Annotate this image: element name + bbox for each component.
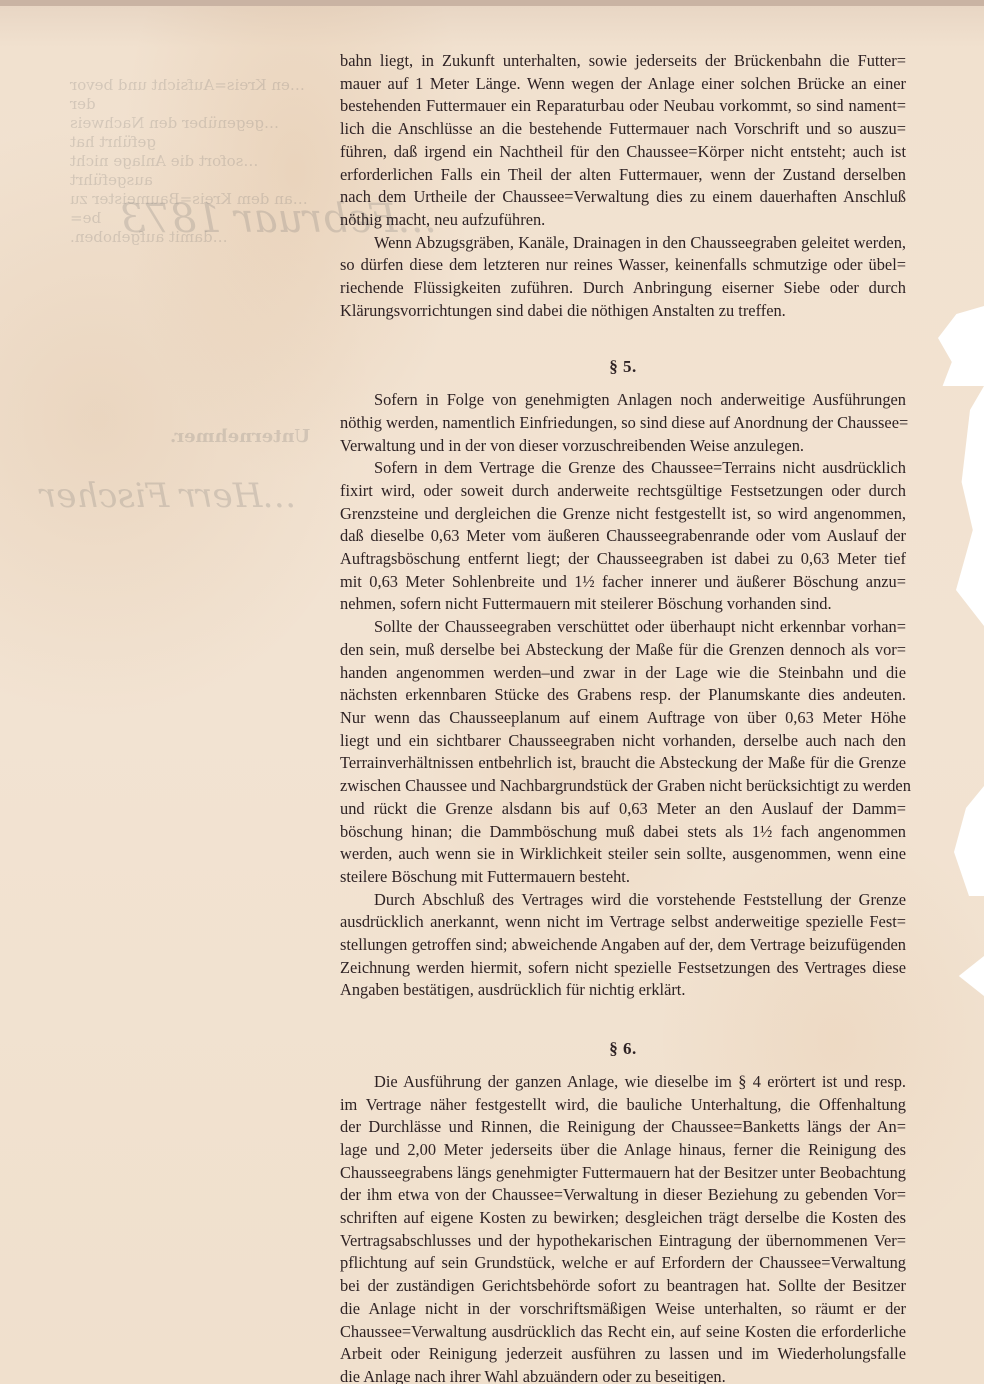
- paragraph-continuation: bahn liegt, in Zukunft unterhalten, sowi…: [340, 50, 906, 232]
- bleed-through-handwriting: …Herr Fischer: [40, 476, 296, 516]
- text-line: im Vertrage näher festgestellt wird, die…: [340, 1094, 906, 1117]
- text-line: daß dieselbe 0,63 Meter vom äußeren Chau…: [340, 525, 906, 548]
- section-heading-6: § 6.: [340, 1038, 906, 1061]
- torn-edge: [954, 786, 984, 896]
- document-body: bahn liegt, in Zukunft unterhalten, sowi…: [340, 50, 906, 1384]
- text-line: führen, daß irgend ein Nachtheil für den…: [340, 141, 906, 164]
- bleed-through-label: Unternehmer.: [170, 426, 310, 447]
- torn-edge: [938, 306, 984, 386]
- text-line: Klärungsvorrichtungen sind dabei die nöt…: [340, 300, 906, 323]
- text-line: nöthig werden, namentlich Einfriedungen,…: [340, 412, 906, 435]
- text-line: Terrainverhältnissen entbehrlich ist, br…: [340, 752, 906, 775]
- paragraph-5-3: Sollte der Chausseegraben verschüttet od…: [340, 616, 906, 888]
- text-line: Sofern in dem Vertrage die Grenze des Ch…: [340, 457, 906, 480]
- text-line: Nur wenn das Chausseeplanum auf einem Au…: [340, 707, 906, 730]
- text-line: mauer auf 1 Meter Länge. Wenn wegen der …: [340, 73, 906, 96]
- paragraph-drainage: Wenn Abzugsgräben, Kanäle, Drainagen in …: [340, 232, 906, 323]
- text-line: Zeichnung werden hiermit, sofern nicht s…: [340, 957, 906, 980]
- text-line: nächsten erkennbaren Stücke des Grabens …: [340, 684, 906, 707]
- text-line: Arbeit oder Reinigung jederzeit ausführe…: [340, 1343, 906, 1366]
- text-line: liegt und ein sichtbarer Chausseegraben …: [340, 730, 906, 753]
- text-line: Durch Abschluß des Vertrages wird die vo…: [340, 889, 906, 912]
- text-line: steilere Böschung mit Futtermauern beste…: [340, 866, 906, 889]
- text-line: pflichtung auf sein Grundstück, welche e…: [340, 1252, 906, 1275]
- text-line: erforderlichen Falls ein Theil der alten…: [340, 164, 906, 187]
- text-line: nöthig macht, neu aufzuführen.: [340, 209, 906, 232]
- text-line: Chaussee=Verwaltung ausdrücklich das Rec…: [340, 1321, 906, 1344]
- text-line: Vertragsabschlusses und der hypothekaris…: [340, 1230, 906, 1253]
- text-line: Sollte der Chausseegraben verschüttet od…: [340, 616, 906, 639]
- text-line: Die Ausführung der ganzen Anlage, wie di…: [340, 1071, 906, 1094]
- text-line: werden, auch wenn sie in Wirklichkeit st…: [340, 843, 906, 866]
- text-line: Verwaltung und in der von dieser vorzusc…: [340, 435, 906, 458]
- torn-edge: [948, 956, 984, 996]
- text-line: den sein, muß derselbe bei Absteckung de…: [340, 639, 906, 662]
- text-line: lich die Anschlüsse an die bestehende Fu…: [340, 118, 906, 141]
- text-line: nehmen, sofern nicht Futtermauern mit st…: [340, 593, 906, 616]
- text-line: böschung hinan; die Dammböschung muß dab…: [340, 821, 906, 844]
- text-line: nach dem Urtheile der Chaussee=Verwaltun…: [340, 186, 906, 209]
- paragraph-6-1: Die Ausführung der ganzen Anlage, wie di…: [340, 1071, 906, 1384]
- document-page: …en Kreis=Aufsicht und bevor der …gegenü…: [0, 0, 984, 1384]
- text-line: riechende Flüssigkeiten zuführen. Durch …: [340, 277, 906, 300]
- text-line: und rückt die Grenze alsdann bis auf 0,6…: [340, 798, 906, 821]
- paragraph-5-1: Sofern in Folge von genehmigten Anlagen …: [340, 389, 906, 457]
- text-line: fixirt wird, oder soweit durch anderweit…: [340, 480, 906, 503]
- text-line: der Durchlässe und Rinnen, die Reinigung…: [340, 1116, 906, 1139]
- text-line: bestehenden Futtermauer ein Reparaturbau…: [340, 95, 906, 118]
- paragraph-5-2: Sofern in dem Vertrage die Grenze des Ch…: [340, 457, 906, 616]
- text-line: stellungen getroffen sind; abweichende A…: [340, 934, 906, 957]
- text-line: schriften auf eigene Kosten zu bewirken;…: [340, 1207, 906, 1230]
- text-line: bei der zuständigen Gerichtsbehörde sofo…: [340, 1275, 906, 1298]
- torn-edge: [956, 386, 984, 626]
- paragraph-5-4: Durch Abschluß des Vertrages wird die vo…: [340, 889, 906, 1003]
- section-heading-5: § 5.: [340, 356, 906, 379]
- text-line: Wenn Abzugsgräben, Kanäle, Drainagen in …: [340, 232, 906, 255]
- text-line: Chausseegrabens längs genehmigter Futter…: [340, 1162, 906, 1185]
- text-line: Auftragsböschung entfernt liegt; der Cha…: [340, 548, 906, 571]
- text-line: ausdrücklich anerkannt, wenn nicht im Ve…: [340, 911, 906, 934]
- text-line: die Anlage nicht in der vorschriftsmäßig…: [340, 1298, 906, 1321]
- text-line: Angaben bestätigen, ausdrücklich für nic…: [340, 979, 906, 1002]
- text-line: handen angenommen werden–und zwar in der…: [340, 662, 906, 685]
- text-line: die Anlage nach ihrer Wahl abzuändern od…: [340, 1366, 906, 1384]
- text-line: Sofern in Folge von genehmigten Anlagen …: [340, 389, 906, 412]
- text-line: Grenzsteine und dergleichen die Grenze n…: [340, 503, 906, 526]
- text-line: der ihm etwa von der Chaussee=Verwaltung…: [340, 1184, 906, 1207]
- text-line: zwischen Chaussee und Nachbargrundstück …: [340, 775, 906, 798]
- text-line: so dürfen diese dem letzteren nur reines…: [340, 254, 906, 277]
- text-line: mit 0,63 Meter Sohlenbreite und 1½ fache…: [340, 571, 906, 594]
- text-line: bahn liegt, in Zukunft unterhalten, sowi…: [340, 50, 906, 73]
- text-line: lage und 2,00 Meter jederseits über die …: [340, 1139, 906, 1162]
- bleed-through-text: …en Kreis=Aufsicht und bevor der …gegenü…: [70, 76, 320, 247]
